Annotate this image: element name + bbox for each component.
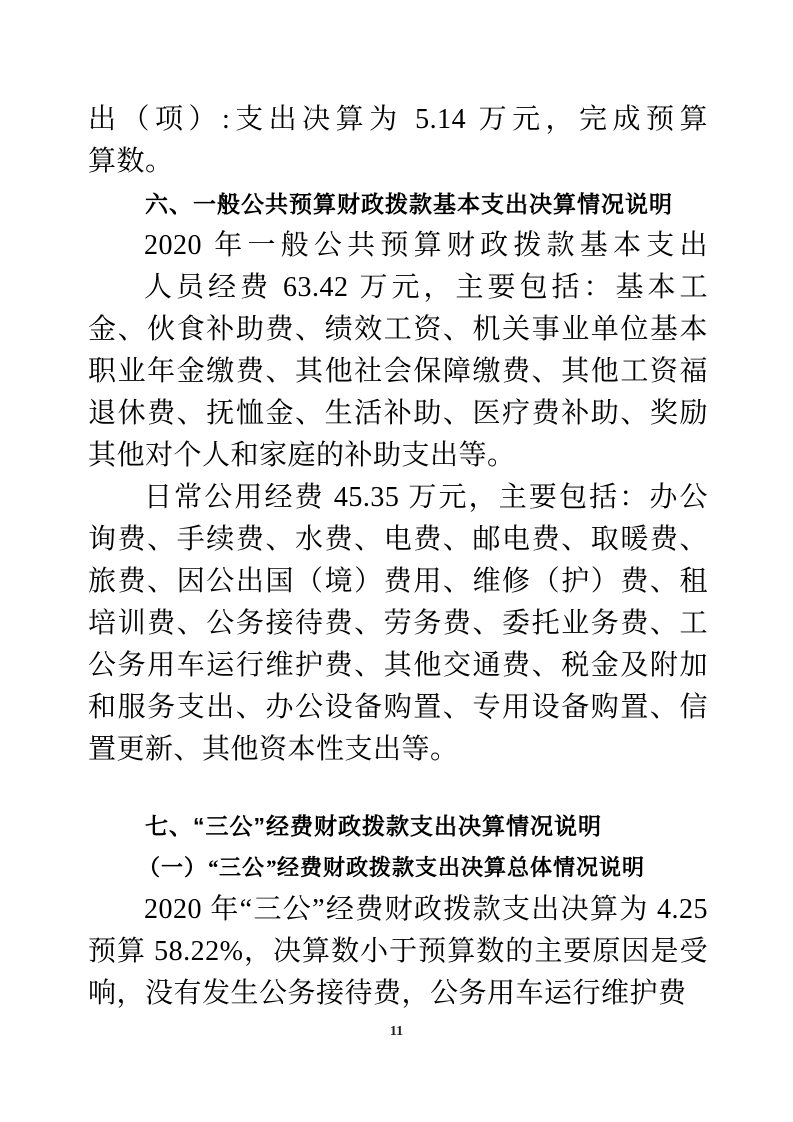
- text-line: 日常公用经费 45.35 万元，主要包括：办公费、印刷费、咨: [88, 477, 708, 519]
- section-heading: 六、一般公共预算财政拨款基本支出决算情况说明: [88, 183, 708, 225]
- text-line: 2020 年“三公”经费财政拨款支出决算为 4.25 万元，完成: [88, 889, 708, 931]
- text-line: 和服务支出、办公设备购置、专用设备购置、信息网络及软件购: [88, 687, 708, 729]
- subsection-heading: （一）“三公”经费财政拨款支出决算总体情况说明: [88, 847, 708, 889]
- text-line: 公务用车运行维护费、其他交通费、税金及附加费用、其他商品: [88, 645, 708, 687]
- text-line: 退休费、抚恤金、生活补助、医疗费补助、奖励金、住房公积金、: [88, 393, 708, 435]
- section-heading: 七、“三公”经费财政拨款支出决算情况说明: [88, 805, 708, 847]
- text-block: 出（项）:支出决算为 5.14 万元，完成预算 100%，决算数等于预 算数。 …: [88, 99, 708, 1015]
- text-line: 其他对个人和家庭的补助支出等。: [88, 435, 708, 477]
- text-line: 预算 58.22%，决算数小于预算数的主要原因是受新冠肺炎疫情影: [88, 931, 708, 973]
- text-line: 培训费、公务接待费、劳务费、委托业务费、工会经费、福利费、: [88, 603, 708, 645]
- page-number: 11: [0, 1024, 793, 1040]
- text-line: 人员经费 63.42 万元，主要包括：基本工资、津贴补贴、奖: [88, 267, 708, 309]
- document-page: 出（项）:支出决算为 5.14 万元，完成预算 100%，决算数等于预 算数。 …: [0, 0, 793, 1122]
- text-line: 2020 年一般公共预算财政拨款基本支出 108.78 万元，其中：: [88, 225, 708, 267]
- text-line: 响，没有发生公务接待费，公务用车运行维护费支出减少。: [88, 973, 708, 1015]
- text-line: 金、伙食补助费、绩效工资、机关事业单位基本养老保险缴费、: [88, 309, 708, 351]
- paragraph-gap: [88, 771, 708, 805]
- text-line: 旅费、因公出国（境）费用、维修（护）费、租赁费、会议费、: [88, 561, 708, 603]
- text-line: 置更新、其他资本性支出等。: [88, 729, 708, 771]
- text-line: 出（项）:支出决算为 5.14 万元，完成预算 100%，决算数等于预: [88, 99, 708, 141]
- text-line: 算数。: [88, 141, 708, 183]
- text-line: 询费、手续费、水费、电费、邮电费、取暖费、物业管理费、差: [88, 519, 708, 561]
- text-line: 职业年金缴费、其他社会保障缴费、其他工资福利支出、离休费、: [88, 351, 708, 393]
